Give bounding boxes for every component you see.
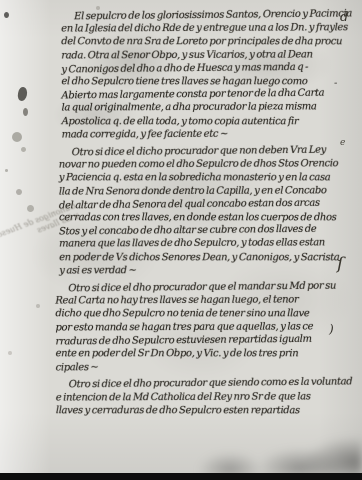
manuscript-line: e intencion de la Md Catholica del Rey n… [56,390,345,404]
margin-flourish-mark: ſ [337,254,343,274]
foxing-speck [27,205,34,212]
manuscript-line: cipales ~ [56,359,345,375]
manuscript-line: rraduras de dho Sepulcro estuviesen repa… [55,332,344,348]
manuscript-line: Apostolica q. de ella toda, y tomo copia… [62,115,344,128]
foxing-speck [5,169,8,172]
foxing-speck [96,6,100,10]
scan-edge-bar [0,473,362,480]
scan-shadow [170,436,362,476]
manuscript-line: y Paciencia q. esta en la sobredicha mon… [59,172,344,185]
paragraph-2: Otro si dice el dicho procurador que non… [59,144,345,277]
manuscript-line: Real Carta no hay tres llaves se hagan l… [55,294,344,308]
foxing-speck [36,304,40,308]
ink-blot [4,12,9,18]
margin-e-mark: e [340,138,345,148]
paragraph-4: Otro si dice el dho procurador que siend… [56,377,345,418]
ink-blot [23,108,28,116]
manuscript-page: El sepulcro de los gloriosissimos Santos… [0,0,362,480]
manuscript-line: del Convto de nra Sra de Loreto por prin… [61,36,343,49]
manuscript-line: del altar de dha Senora del qual concabo… [59,196,344,212]
foxing-speck [21,147,26,152]
foxing-speck [12,132,22,142]
manuscript-line: y asi es verdad ~ [59,263,344,277]
paragraph-3: Otro si dice el dho procurador que el ma… [55,280,344,374]
manuscript-line: manera que las llaves de dho Sepulcro, y… [59,237,344,251]
manuscript-line: la qual originalmente, a dha procurador … [62,101,344,115]
margin-paren-mark: ) [329,322,334,336]
foxing-speck [8,351,12,355]
manuscript-line: y Canonigos del dho a dho de Huesca y ma… [61,60,343,76]
manuscript-line: dicho que dho Sepulcro no tenia de tener… [55,308,344,321]
foxing-speck [16,189,22,195]
manuscript-line: en poder de Vs dichos Senores Dean, y Ca… [59,251,344,264]
manuscript-line: mada corregida, y fee faciente etc ~ [62,127,344,141]
folio-mark: d [340,10,348,25]
margin-dash-mark: - [334,78,337,89]
manuscript-line: llaves y cerraduras de dho Sepulcro este… [56,404,345,417]
manuscript-line: en la Iglesia del dicho Rde de y entregu… [61,21,343,35]
paragraph-1: El sepulcro de los gloriosissimos Santos… [61,8,344,141]
manuscript-line: novar no pueden como el dho Sepulcro de … [59,158,344,172]
